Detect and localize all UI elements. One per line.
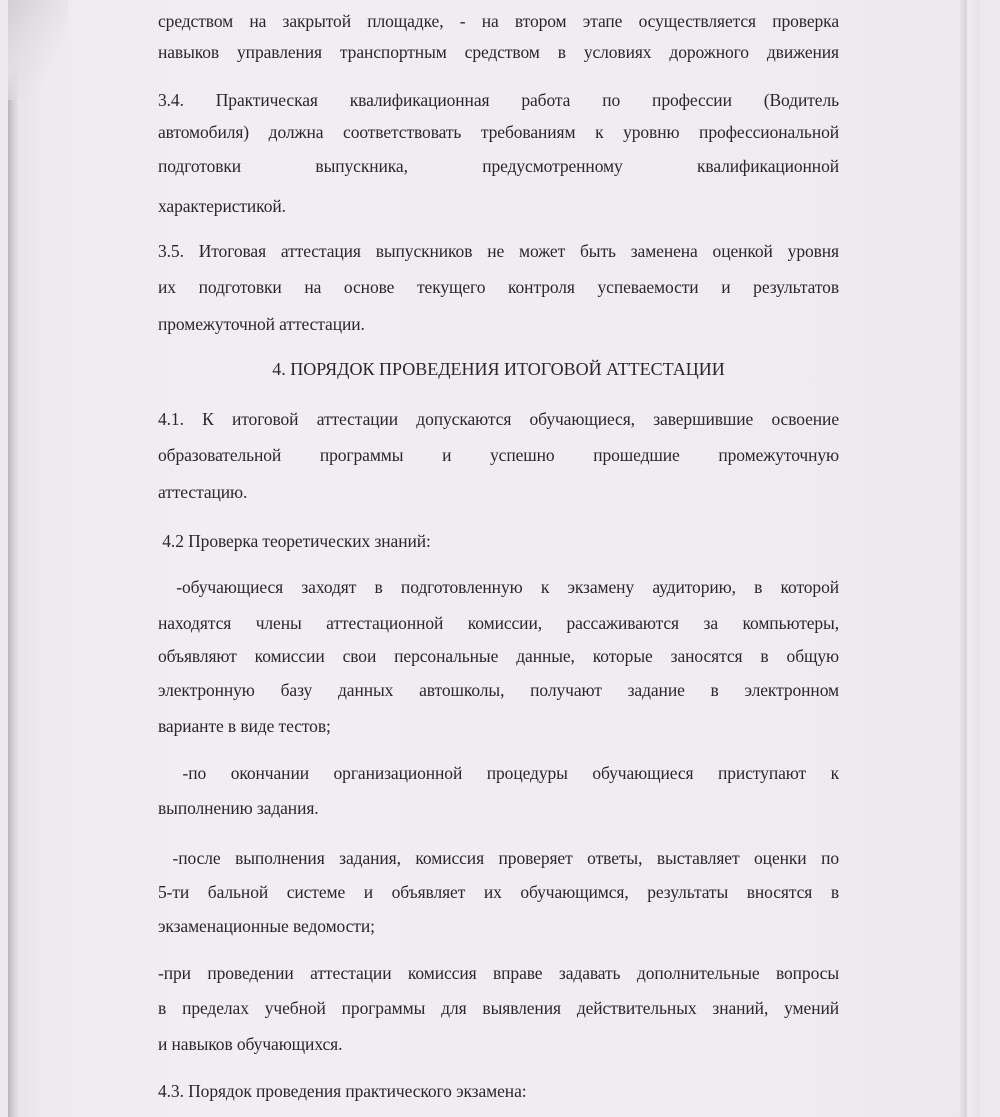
page-left-edge-shadow (8, 0, 18, 1117)
bullet-line: экзаменационные ведомости; (158, 915, 839, 937)
bullet-line: объявляют комиссии свои персональные дан… (158, 645, 839, 667)
paragraph-4-1-line: образовательной программы и успешно прош… (158, 444, 839, 466)
bullet-line: и навыков обучающихся. (158, 1033, 839, 1055)
paragraph-4-3-title: 4.3. Порядок проведения практического эк… (158, 1080, 839, 1102)
bullet-line: -при проведении аттестации комиссия впра… (158, 962, 839, 984)
paragraph-4-1-line: аттестацию. (158, 481, 839, 503)
bullet-line: выполнению задания. (158, 797, 839, 819)
bullet-line: электронную базу данных автошколы, получ… (158, 679, 839, 701)
text-line: навыков управления транспортным средство… (158, 41, 839, 63)
bullet-line: варианте в виде тестов; (158, 715, 839, 737)
bullet-line: -по окончании организационной процедуры … (158, 762, 839, 784)
paragraph-3-4-line: характеристикой. (158, 195, 839, 217)
bullet-line: в пределах учебной программы для выявлен… (158, 997, 839, 1019)
bullet-line: 5-ти бальной системе и объявляет их обуч… (158, 881, 839, 903)
bullet-line: -обучающиеся заходят в подготовленную к … (158, 576, 839, 598)
paragraph-3-5-line: промежуточной аттестации. (158, 313, 839, 335)
paragraph-3-5-line: 3.5. Итоговая аттестация выпускников не … (158, 240, 839, 262)
paragraph-4-2-title: 4.2 Проверка теоретических знаний: (158, 530, 839, 552)
section-heading: 4. ПОРЯДОК ПРОВЕДЕНИЯ ИТОГОВОЙ АТТЕСТАЦИ… (158, 358, 839, 380)
paragraph-3-5-line: их подготовки на основе текущего контрол… (158, 276, 839, 298)
page-right-edge-shadow (960, 0, 980, 1117)
paragraph-3-4-line: автомобиля) должна соответствовать требо… (158, 121, 839, 143)
bullet-line: -после выполнения задания, комиссия пров… (158, 847, 839, 869)
bullet-line: находятся члены аттестационной комиссии,… (158, 612, 839, 634)
paragraph-3-4-line: подготовки выпускника, предусмотренному … (158, 155, 839, 177)
page-fold-shadow (8, 0, 68, 100)
paragraph-4-1-line: 4.1. К итоговой аттестации допускаются о… (158, 408, 839, 430)
text-line: средством на закрытой площадке, - на вто… (158, 10, 839, 32)
paragraph-3-4-line: 3.4. Практическая квалификационная работ… (158, 89, 839, 111)
